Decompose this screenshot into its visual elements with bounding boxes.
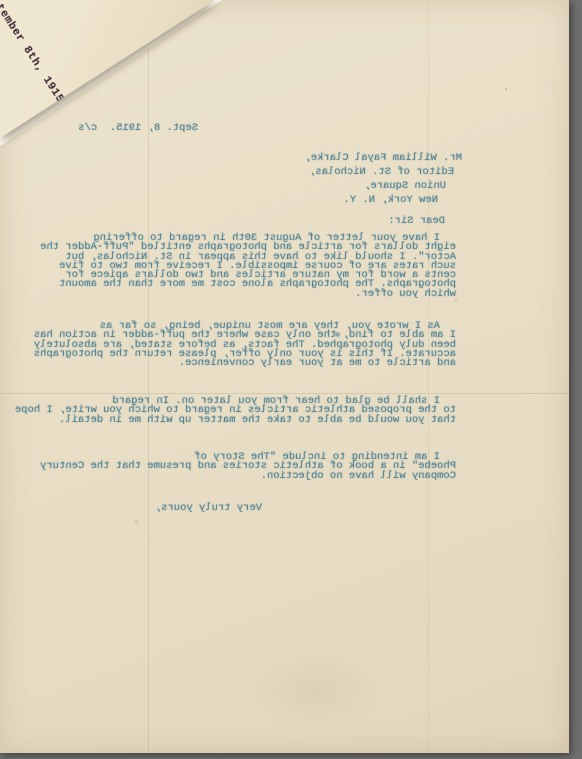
folded-corner: tember 8th, 1915.	[0, 0, 216, 140]
recipient-address-block: Mr. William Fayal Clarke, Editor of St. …	[304, 151, 462, 207]
paragraph-1: I have your letter of August 30th in reg…	[20, 234, 456, 299]
body-line: and article to me at your early convenie…	[20, 359, 456, 368]
address-line-street: Union Square,	[304, 179, 446, 193]
body-line: that you would be able to take the matte…	[20, 416, 456, 425]
body-line: Company will have no objection.	[20, 472, 456, 481]
closing-line: Very truly yours,	[155, 502, 262, 514]
fold-date-text: tember 8th, 1915.	[0, 2, 70, 111]
address-line-title: Editor of St. Nicholas,	[304, 165, 454, 179]
paper-speck	[135, 520, 138, 523]
aging-stain	[250, 650, 380, 730]
paper-speck	[455, 300, 457, 302]
ink-stain	[335, 332, 340, 337]
address-line-city: New York, N. Y.	[304, 193, 438, 207]
paragraph-4: I am intending to include "The Story of …	[20, 453, 456, 481]
salutation: Dear Sir:	[388, 215, 445, 227]
folded-corner-paper: tember 8th, 1915.	[0, 0, 216, 140]
paragraph-3: I shall be glad to hear from you later o…	[20, 397, 456, 425]
letter-scan-paper: Sept. 8, 1915. c/s Mr. William Fayal Cla…	[0, 0, 569, 753]
address-line-name: Mr. William Fayal Clarke,	[304, 151, 462, 165]
body-line: which you offer.	[20, 290, 456, 299]
paper-speck	[505, 88, 507, 90]
paragraph-2: As I wrote you, they are most unique, be…	[20, 322, 456, 368]
